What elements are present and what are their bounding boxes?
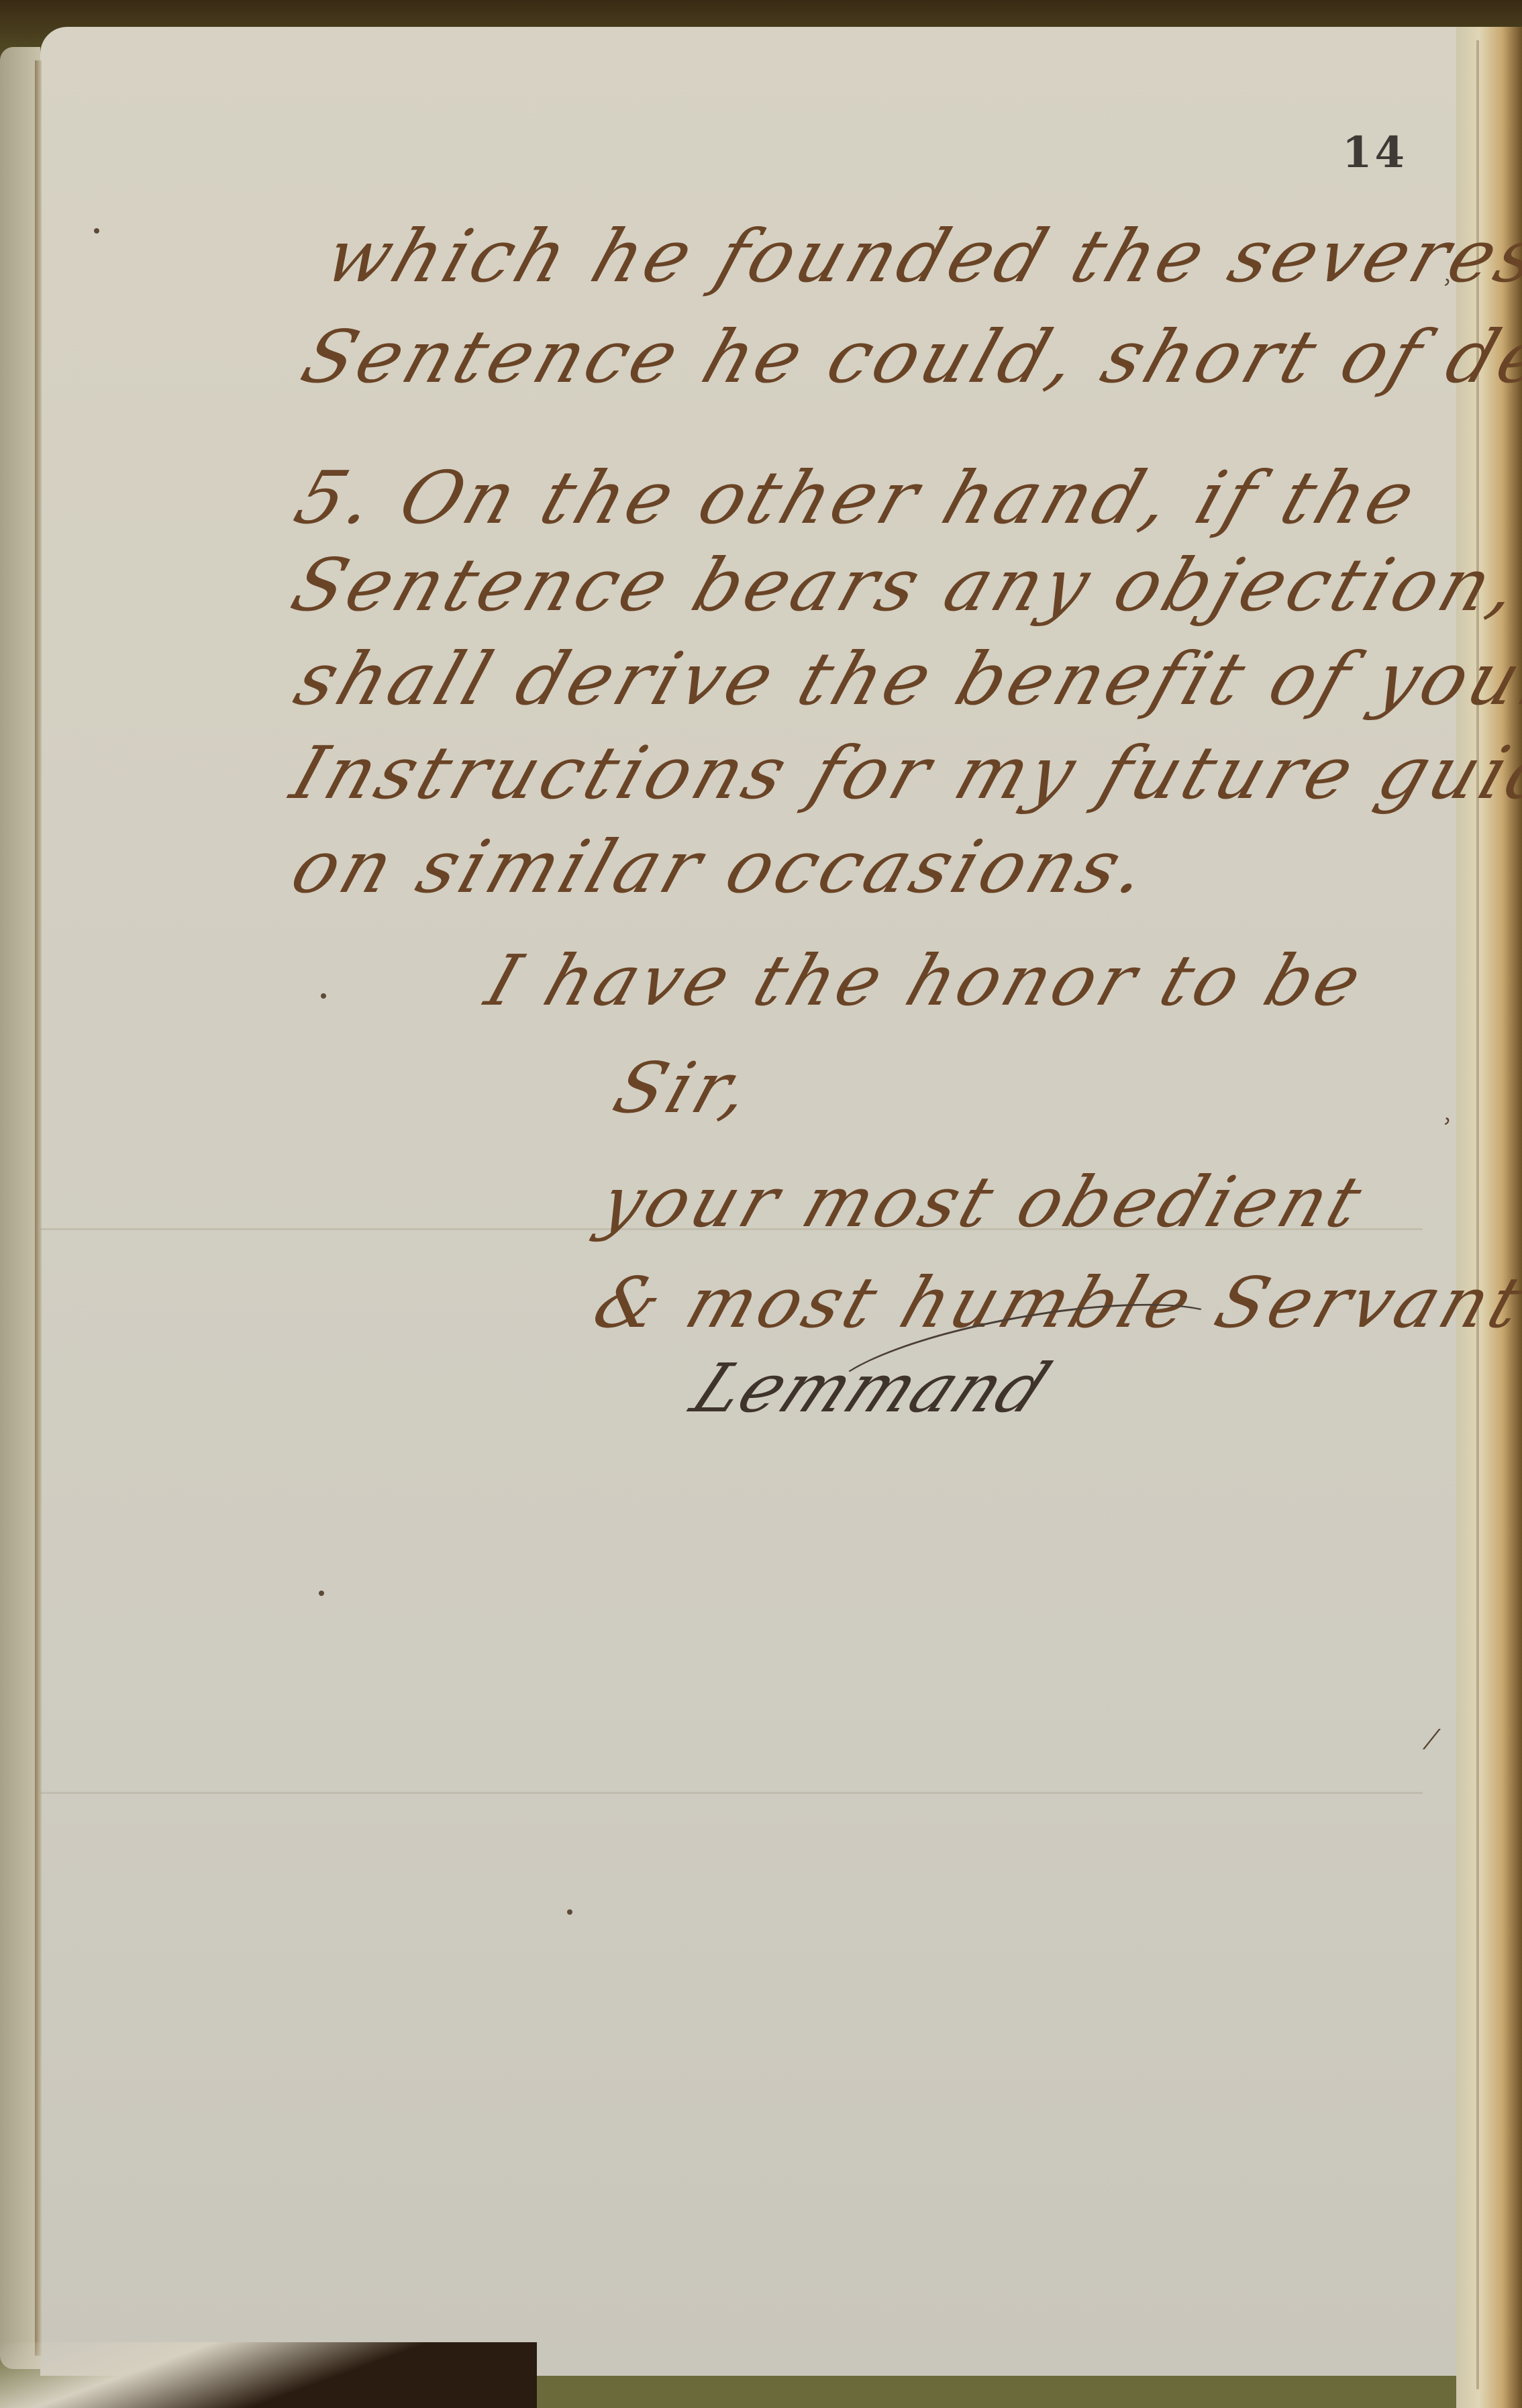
body-line: shall derive the benefit of your bbox=[285, 638, 1522, 721]
signature: Lemmand bbox=[680, 1349, 1064, 1427]
closing-line: your most obedient bbox=[591, 1161, 1375, 1243]
body-line: Sentence he could, short of death. bbox=[292, 315, 1522, 399]
fold-line bbox=[40, 1792, 1423, 1794]
closing-salutation: Sir, bbox=[604, 1047, 764, 1129]
bleed-through-mark: ˒ bbox=[1443, 1107, 1451, 1138]
ink-speck bbox=[319, 1591, 324, 1596]
body-line: on similar occasions. bbox=[282, 825, 1162, 909]
page-number: 14 bbox=[1342, 128, 1407, 178]
ink-speck bbox=[94, 228, 99, 234]
ink-speck bbox=[567, 1909, 572, 1915]
page-gutter bbox=[35, 60, 42, 2356]
left-page-edge bbox=[0, 47, 40, 2369]
body-line: 5. On the other hand, if the bbox=[285, 456, 1429, 540]
body-line: Instructions for my future guidance bbox=[282, 732, 1522, 815]
body-line: which he founded the severest bbox=[315, 215, 1522, 299]
ink-speck bbox=[321, 993, 326, 999]
body-line: Sentence bears any objection, I bbox=[282, 544, 1522, 628]
bleed-through-mark: ⁄ bbox=[1429, 1725, 1434, 1756]
bottom-cover-shadow bbox=[0, 2342, 537, 2408]
closing-line: I have the honor to be bbox=[476, 940, 1375, 1021]
bleed-through-mark: ˒ bbox=[1443, 268, 1451, 299]
